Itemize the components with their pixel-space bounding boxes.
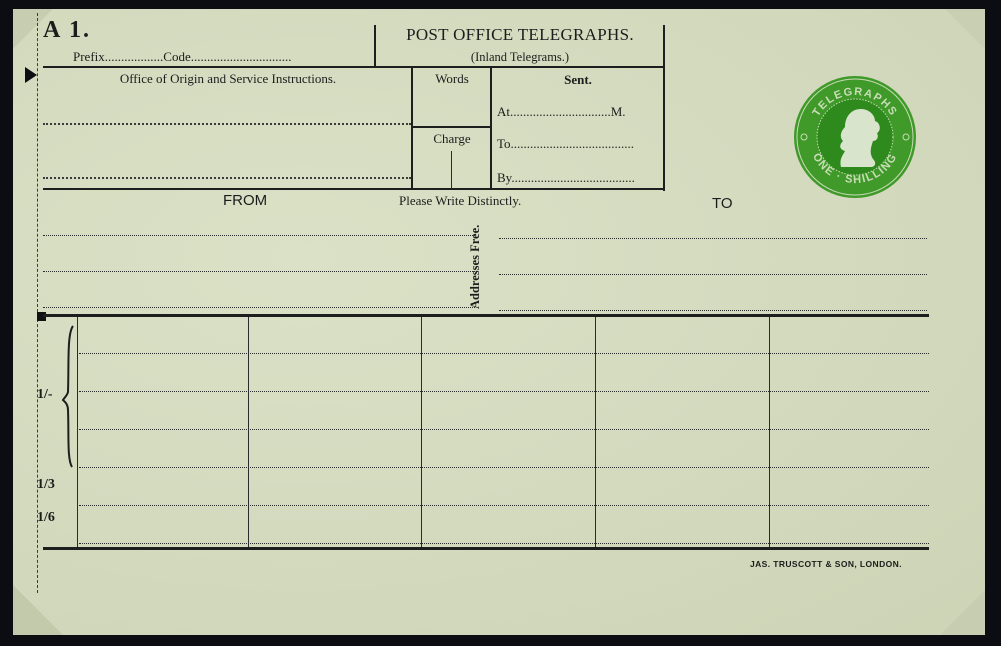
grid-col-divider [769,317,770,547]
to-address-line-2[interactable] [499,274,927,275]
sent-at-field[interactable]: At...............................M. [497,104,626,120]
from-label: FROM [223,192,267,209]
grid-top-rule [43,314,929,317]
printer-imprint: JAS. TRUSCOTT & SON, LONDON. [750,559,902,569]
origin-label: Office of Origin and Service Instruction… [43,71,413,87]
rate-label-1-3: 1/3 [37,477,55,493]
message-row-line[interactable] [79,505,929,506]
rate-brace-icon [61,324,77,469]
header-bottom-rule [43,188,665,190]
stamp-embossed-shilling: TELEGRAPHS ONE · SHILLING [793,75,917,199]
words-label: Words [413,71,491,87]
binding-notch [25,67,37,83]
please-write-distinctly: Please Write Distinctly. [399,193,521,209]
grid-bottom-rule [43,547,929,550]
to-address-line-1[interactable] [499,238,927,239]
prefix-code-field[interactable]: Prefix..................Code............… [73,49,291,65]
sent-by-field[interactable]: By...................................... [497,170,635,186]
message-row-line[interactable] [79,391,929,392]
form-subtitle: (Inland Telegrams.) [375,50,665,65]
divider [411,126,491,128]
sent-label: Sent. [491,72,665,88]
corner-fold [940,590,985,635]
message-row-line[interactable] [79,543,929,544]
perforation-line [37,13,38,593]
charge-label: Charge [413,131,491,147]
from-address-line-1[interactable] [43,235,475,236]
charge-divider [451,151,452,189]
message-row-line[interactable] [79,429,929,430]
corner-fold [945,9,985,49]
sent-to-field[interactable]: To...................................... [497,136,634,152]
form-code: A 1. [43,17,91,44]
grid-col-divider [77,317,78,547]
rate-label-1-shilling: 1/- [37,387,53,403]
form-title: POST OFFICE TELEGRAPHS. [375,25,665,45]
addresses-free-label: Addresses Free. [468,225,483,309]
grid-col-divider [248,317,249,547]
message-row-line[interactable] [79,353,929,354]
grid-col-divider [421,317,422,547]
origin-line-2[interactable] [43,177,411,179]
corner-fold [13,585,63,635]
origin-line-1[interactable] [43,123,411,125]
from-address-line-2[interactable] [43,271,475,272]
to-address-line-3[interactable] [499,310,927,311]
to-label: TO [712,195,733,212]
from-address-line-3[interactable] [43,307,475,308]
telegram-form: A 1. Prefix..................Code.......… [13,9,985,635]
header-rule [43,66,665,68]
message-row-line[interactable] [79,467,929,468]
grid-col-divider [595,317,596,547]
rate-label-1-6: 1/6 [37,510,55,526]
